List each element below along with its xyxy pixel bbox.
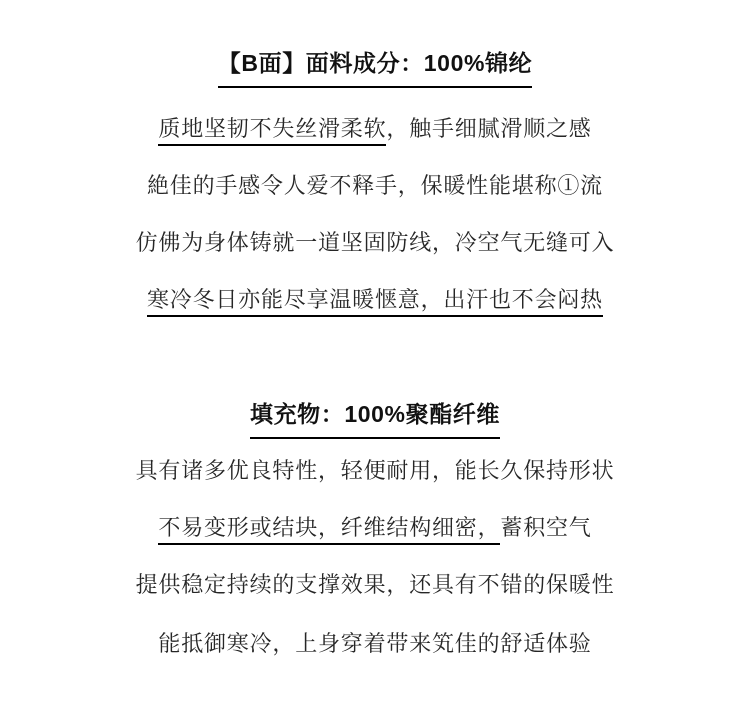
section-title-filling: 填充物：100%聚酯纤维 (0, 399, 750, 439)
body-line-underlined-segment: 寒冷冬日亦能尽享温暖惬意，出汗也不会闷热 (147, 287, 603, 317)
body-line: 不易变形或结块，纤维结构细密，蓄积空气 (0, 513, 750, 543)
body-line-segment: 能抵御寒冷，上身穿着带来笂佳的舒适体验 (158, 631, 591, 656)
body-line: 絶佳的手感令人爱不释手，保暖性能堪称①流 (0, 171, 750, 201)
body-line-segment: 蓄积空气 (500, 515, 591, 540)
body-line: 具有诸多优良特性，轻便耐用，能长久保持形状 (0, 456, 750, 486)
body-line-segment: 具有诸多优良特性，轻便耐用，能长久保持形状 (136, 458, 615, 483)
body-line-underlined-segment: 质地坚韧不失丝滑柔软 (158, 116, 386, 146)
body-line: 仿佛为身体铸就一道坚固防线，冷空气无缝可入 (0, 228, 750, 258)
body-line-segment: 絶佳的手感令人爱不释手，保暖性能堪称①流 (147, 173, 603, 198)
section-title-text: 【B面】面料成分：100%锦纶 (218, 48, 532, 88)
body-line-segment: 仿佛为身体铸就一道坚固防线，冷空气无缝可入 (136, 230, 615, 255)
body-line: 寒冷冬日亦能尽享温暖惬意，出汗也不会闷热 (0, 285, 750, 315)
body-line: 提供稳定持续的支撑效果，还具有不错的保暖性 (0, 570, 750, 600)
body-line-segment: 提供稳定持续的支撑效果，还具有不错的保暖性 (136, 572, 615, 597)
section-title-text: 填充物：100%聚酯纤维 (250, 399, 500, 439)
body-line: 质地坚韧不失丝滑柔软，触手细腻滑顺之感 (0, 114, 750, 144)
body-line-underlined-segment: 不易变形或结块，纤维结构细密， (158, 515, 500, 545)
body-line-segment: ，触手细腻滑顺之感 (386, 116, 591, 141)
section-title-fabric: 【B面】面料成分：100%锦纶 (0, 48, 750, 88)
body-line: 能抵御寒冷，上身穿着带来笂佳的舒适体验 (0, 629, 750, 659)
product-description-page: 【B面】面料成分：100%锦纶 质地坚韧不失丝滑柔软，触手细腻滑顺之感 絶佳的手… (0, 0, 750, 703)
